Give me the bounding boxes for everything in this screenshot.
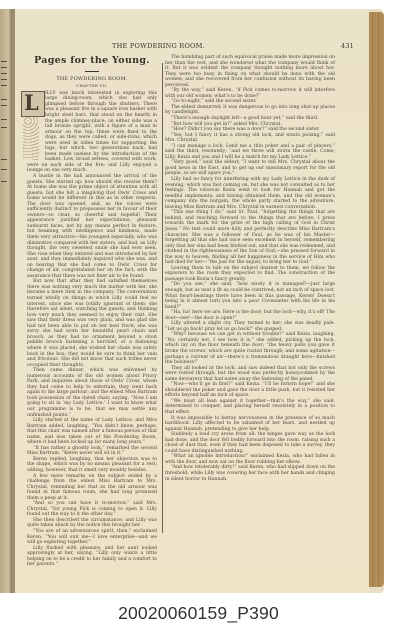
paragraph: Lilly had no fancy for interfering with … — [165, 177, 335, 210]
paragraph: “Why? because we can get in without trou… — [165, 332, 335, 365]
paragraph: A few more remarks on the subject ended … — [27, 474, 157, 502]
paragraph: “By the way,” said Keren, “if Pick comes… — [165, 88, 335, 99]
paragraph: “This one thing I do,” said St. Paul, “f… — [165, 210, 335, 265]
paragraph: But now that after they had satisfied th… — [27, 279, 157, 368]
section-heading: Pages for the Young. — [27, 55, 157, 67]
paragraph: “Yes; but I fancy it has a strong old lo… — [165, 133, 335, 144]
paragraph: Lilly flushed with pleasure, and her aun… — [27, 546, 157, 568]
chapter-heading: CHAPTER VII. — [27, 83, 157, 89]
page-number: 431 — [341, 42, 354, 50]
vine-ornament-icon — [23, 116, 39, 160]
book-fore-edge — [369, 12, 384, 587]
scanned-book-page: THE POWDERING ROOM. 431 Pages for the Yo… — [0, 9, 384, 593]
paragraph: They all looked at the lock, and saw ind… — [165, 366, 335, 383]
paragraph: “Ha, ha! here we are. Here is the door; … — [165, 310, 335, 321]
previous-page-edge — [0, 9, 12, 593]
paragraph: Suddenly a loud cry arose from all: the … — [165, 432, 335, 454]
paragraph: Keren replied, laughing, that her object… — [27, 457, 157, 474]
paragraph: The humbling part of such equivocal prai… — [165, 55, 335, 88]
paragraph: The eldest demurred; it was dangerous to… — [165, 105, 335, 116]
paragraph: “Very good,” said the eldest; “I want to… — [165, 160, 335, 177]
paragraph: “I can manage a lock. Lend me a thin pok… — [165, 144, 335, 161]
drop-cap-letter: L — [24, 92, 39, 114]
paragraph: Lilly started at the name of Lady Lettic… — [27, 418, 157, 446]
paragraph: Then came dinner, which was enlivened by… — [27, 368, 157, 418]
paragraph: She then described the circumstance, and… — [27, 518, 157, 529]
ornamental-rule — [85, 71, 99, 72]
paragraph: “Do you see,” she said, “how nicely it i… — [165, 282, 335, 310]
column-rule — [162, 63, 163, 533]
paragraph: “It has rather a ghostly look,” remarked… — [27, 446, 157, 457]
paragraph: Leaving them to talk on the subject dear… — [165, 266, 335, 283]
page: THE POWDERING ROOM. 431 Pages for the Yo… — [15, 9, 369, 593]
paragraph: It was impossible to betray nervousness … — [165, 416, 335, 433]
paragraph: “How? Didn’t you say there was a door?” … — [165, 127, 335, 133]
right-column: The humbling part of such equivocal prai… — [165, 55, 335, 482]
paragraph: “You are of an adventurous spirit, then,… — [27, 529, 157, 546]
paragraph: “What an ignoble introduction!” exclaime… — [165, 454, 335, 465]
paragraph: “And how intolerably dirty!” said Keren,… — [165, 465, 335, 482]
paragraph: A bustle in the hall announced the arriv… — [27, 174, 157, 279]
left-column: Pages for the Young. THE POWDERING ROOM.… — [27, 55, 157, 568]
paragraph: Lilly uttered a slight cry. They turned … — [165, 321, 335, 332]
paragraph: “We must all lean against it together—th… — [165, 399, 335, 416]
running-title: THE POWDERING ROOM. — [112, 42, 205, 50]
paragraph: “Now—who’ll go in first?” said Kezia. “I… — [165, 382, 335, 399]
paragraph: “And so you can have it to-morrow,” said… — [27, 501, 157, 518]
story-title: THE POWDERING ROOM. — [27, 76, 157, 83]
decorated-initial: L — [21, 91, 43, 161]
paragraph: ILLY was much interested in exploring th… — [27, 91, 157, 174]
paragraph: “There’s enough daylight left—a good hou… — [165, 116, 335, 122]
image-caption: 20020060159_P390 — [0, 603, 397, 624]
